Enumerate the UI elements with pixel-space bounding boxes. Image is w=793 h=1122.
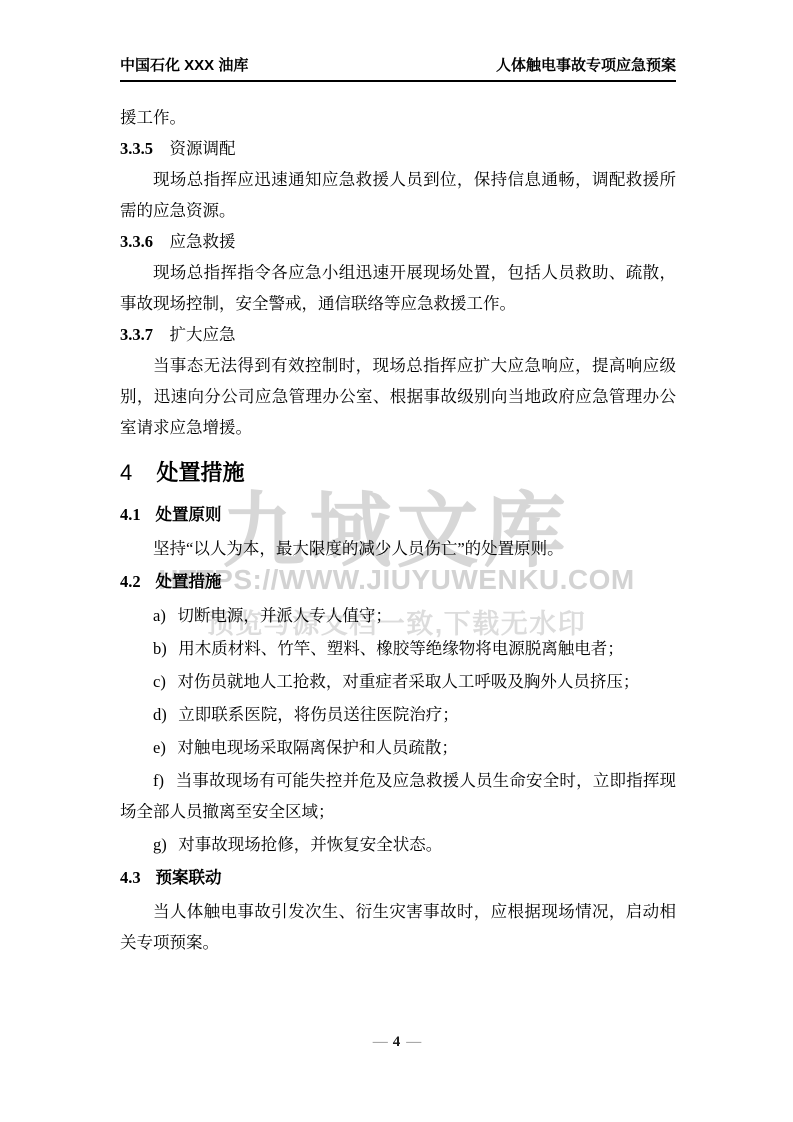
header-left-title: 中国石化 XXX 油库: [120, 56, 248, 76]
heading-3-3-5: 3.3.5资源调配: [120, 133, 676, 164]
paragraph-3-3-5: 现场总指挥应迅速通知应急救援人员到位，保持信息通畅，调配救援所需的应急资源。: [120, 164, 676, 226]
section-title: 处置措施: [155, 573, 221, 591]
section-number: 4.2: [120, 572, 141, 591]
list-item-text: 对伤员就地人工抢救，对重症者采取人工呼吸及胸外人员挤压；: [177, 672, 639, 691]
section-number: 3.3.6: [120, 232, 153, 251]
list-item-label: c): [153, 672, 166, 691]
header-right-title: 人体触电事故专项应急预案: [496, 56, 676, 76]
section-title: 应急救援: [170, 232, 236, 251]
list-item-d: d)立即联系医院，将伤员送往医院治疗；: [120, 699, 676, 730]
heading-4-1: 4.1处置原则: [120, 499, 676, 531]
paragraph-3-3-7: 当事态无法得到有效控制时，现场总指挥应扩大应急响应，提高响应级别，迅速向分公司应…: [120, 350, 676, 443]
chapter-number: 4: [120, 460, 132, 485]
list-item-label: f): [153, 771, 164, 790]
list-item-c: c)对伤员就地人工抢救，对重症者采取人工呼吸及胸外人员挤压；: [120, 666, 676, 697]
paragraph-4-3: 当人体触电事故引发次生、衍生灾害事故时，应根据现场情况，启动相关专项预案。: [120, 896, 676, 958]
a4-page: 九域文库 HTTPS://WWW.JIUYUWENKU.COM 预览与源文档一致…: [0, 0, 793, 1122]
footer-dash-left: —: [373, 1034, 387, 1050]
list-item-text: 对事故现场抢修，并恢复安全状态。: [178, 835, 442, 854]
chapter-title: 处置措施: [156, 460, 244, 485]
paragraph-continuation: 援工作。: [120, 102, 676, 133]
page-header: 中国石化 XXX 油库 人体触电事故专项应急预案: [120, 56, 676, 82]
list-item-b: b)用木质材料、竹竿、塑料、橡胶等绝缘物将电源脱离触电者；: [120, 633, 676, 664]
document-body: 援工作。 3.3.5资源调配 现场总指挥应迅速通知应急救援人员到位，保持信息通畅…: [120, 102, 676, 958]
paragraph-3-3-6: 现场总指挥指令各应急小组迅速开展现场处置，包括人员救助、疏散，事故现场控制，安全…: [120, 257, 676, 319]
list-item-g: g)对事故现场抢修，并恢复安全状态。: [120, 829, 676, 860]
list-item-e: e)对触电现场采取隔离保护和人员疏散；: [120, 732, 676, 763]
section-number: 4.3: [120, 868, 141, 887]
list-item-label: a): [153, 606, 166, 625]
list-item-label: b): [153, 639, 167, 658]
section-title: 预案联动: [155, 869, 221, 887]
section-title: 处置原则: [155, 506, 221, 524]
heading-4-2: 4.2处置措施: [120, 566, 676, 598]
list-item-text: 切断电源，并派人专人值守；: [177, 606, 392, 625]
section-title: 资源调配: [170, 139, 236, 158]
footer-dash-right: —: [406, 1034, 420, 1050]
page-footer: —4—: [0, 1032, 793, 1052]
paragraph-4-1: 坚持“以人为本，最大限度的减少人员伤亡”的处置原则。: [120, 533, 676, 564]
heading-chapter-4: 4处置措施: [120, 456, 676, 490]
section-number: 3.3.7: [120, 325, 153, 344]
list-item-text: 当事故现场有可能失控并危及应急救援人员生命安全时，立即指挥现场全部人员撤离至安全…: [120, 771, 676, 821]
list-item-text: 用木质材料、竹竿、塑料、橡胶等绝缘物将电源脱离触电者；: [178, 639, 624, 658]
page-number: 4: [393, 1034, 401, 1050]
heading-3-3-7: 3.3.7扩大应急: [120, 319, 676, 350]
list-item-text: 立即联系医院，将伤员送往医院治疗；: [178, 705, 459, 724]
heading-4-3: 4.3预案联动: [120, 862, 676, 894]
list-item-label: e): [153, 738, 166, 757]
list-item-label: d): [153, 705, 167, 724]
section-number: 3.3.5: [120, 139, 153, 158]
list-item-text: 对触电现场采取隔离保护和人员疏散；: [177, 738, 458, 757]
section-number: 4.1: [120, 505, 141, 524]
list-item-label: g): [153, 835, 167, 854]
document-page: { "header": { "left_title": "中国石化 XXX 油库…: [0, 0, 793, 1122]
heading-3-3-6: 3.3.6应急救援: [120, 226, 676, 257]
section-title: 扩大应急: [170, 325, 236, 344]
list-item-f: f)当事故现场有可能失控并危及应急救援人员生命安全时，立即指挥现场全部人员撤离至…: [120, 765, 676, 827]
list-item-a: a)切断电源，并派人专人值守；: [120, 600, 676, 631]
page-content: 中国石化 XXX 油库 人体触电事故专项应急预案 援工作。 3.3.5资源调配 …: [0, 0, 793, 958]
